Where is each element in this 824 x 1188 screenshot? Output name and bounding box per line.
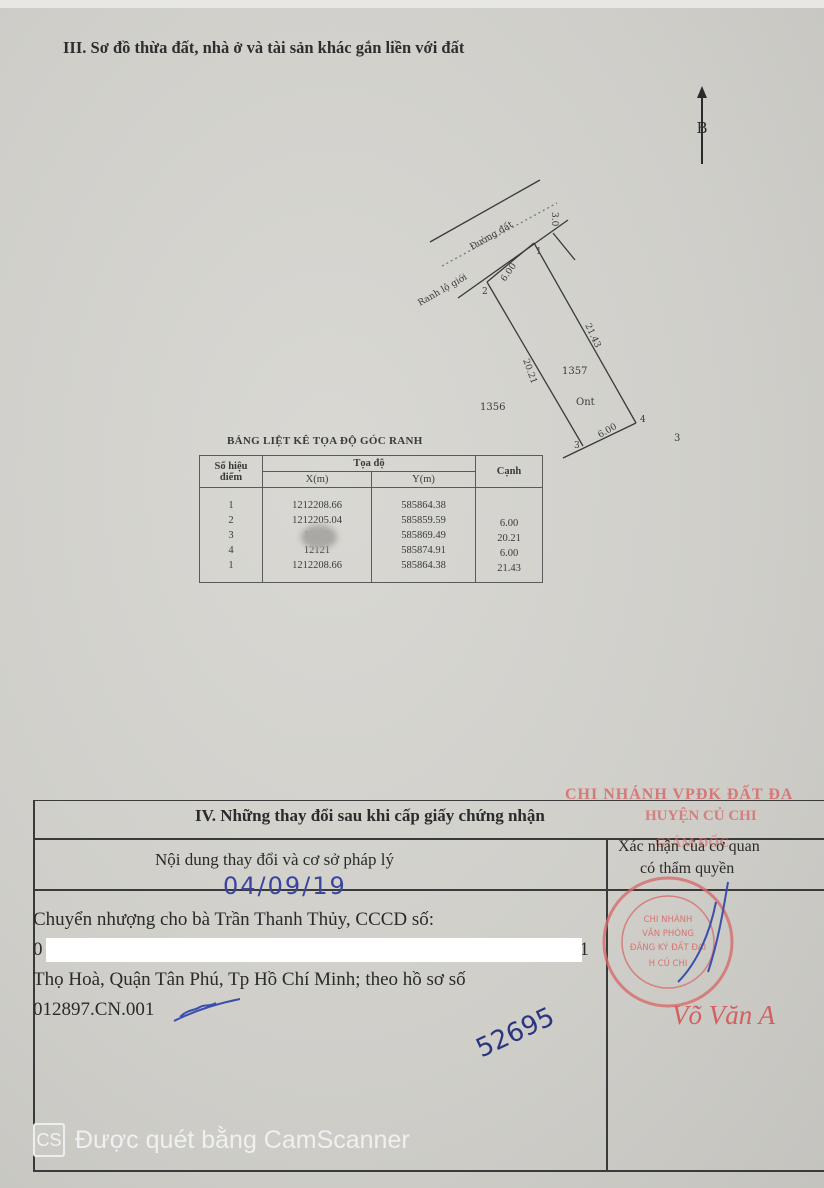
svg-text:H CỦ CHI: H CỦ CHI	[649, 957, 688, 969]
section-4-title: IV. Những thay đổi sau khi cấp giấy chứn…	[195, 806, 545, 826]
svg-text:1357: 1357	[562, 366, 587, 377]
section-3-title: III. Sơ đồ thừa đất, nhà ở và tài sản kh…	[63, 38, 464, 58]
header-y: Y(m)	[372, 472, 476, 488]
handwritten-date: 04/09/19	[223, 872, 347, 900]
svg-text:Đường đất: Đường đất	[468, 219, 515, 253]
coordinate-table: Số hiệu điểm Tọa độ Cạnh X(m) Y(m) 1 2 3…	[199, 455, 543, 583]
stamp-header-line1: CHI NHÁNH VPĐK ĐẤT ĐA	[565, 786, 793, 804]
svg-text:CHI NHÁNH: CHI NHÁNH	[644, 913, 693, 925]
point-id-column: 1 2 3 4 1	[200, 488, 263, 583]
redaction-blur	[301, 525, 337, 549]
svg-text:3: 3	[574, 441, 580, 451]
initials-signature-icon	[170, 995, 250, 1025]
edge-column: 6.00 20.21 6.00 21.43	[476, 488, 543, 583]
redaction-box	[46, 938, 582, 962]
header-edge: Cạnh	[476, 456, 543, 488]
svg-text:6.00: 6.00	[597, 422, 620, 441]
content-line-3: Thọ Hoà, Quận Tân Phú, Tp Hồ Chí Minh; t…	[33, 965, 589, 995]
svg-text:4: 4	[640, 415, 646, 425]
north-arrow-icon: B	[690, 86, 714, 166]
page-top-edge	[0, 0, 824, 8]
svg-text:ĐĂNG KÝ ĐẤT ĐAI: ĐĂNG KÝ ĐẤT ĐAI	[630, 941, 706, 953]
coordinate-table-title: BẢNG LIỆT KÊ TỌA ĐỘ GÓC RANH	[227, 435, 423, 447]
watermark-text: Được quét bằng CamScanner	[75, 1126, 410, 1155]
svg-text:1356: 1356	[480, 402, 505, 413]
svg-text:Ont: Ont	[576, 397, 595, 408]
official-seal-icon: CHI NHÁNH VĂN PHÒNG ĐĂNG KÝ ĐẤT ĐAI H CỦ…	[598, 872, 738, 1012]
header-point-id: Số hiệu điểm	[200, 456, 263, 488]
svg-text:21.43: 21.43	[582, 322, 602, 350]
svg-text:6.00: 6.00	[499, 261, 519, 283]
svg-text:20.21: 20.21	[520, 358, 538, 386]
change-content: Chuyển nhượng cho bà Trần Thanh Thủy, CC…	[33, 905, 589, 1025]
svg-text:3.0: 3.0	[549, 212, 559, 227]
svg-text:2: 2	[482, 287, 488, 297]
svg-text:B: B	[696, 119, 707, 137]
content-line-1: Chuyển nhượng cho bà Trần Thanh Thủy, CC…	[33, 905, 589, 935]
column-header-confirmation: Xác nhận của cơ quan	[618, 838, 760, 856]
svg-text:1: 1	[536, 247, 542, 257]
land-plot-diagram: Đường đất 3.0 Ranh lộ giới 6.00 20.21 21…	[400, 170, 720, 460]
signer-name: Võ Văn A	[672, 1000, 775, 1031]
x-column: 1212208.66 1212205.04 12121 12121 121220…	[263, 488, 372, 583]
header-x: X(m)	[263, 472, 372, 488]
svg-text:3: 3	[674, 433, 680, 444]
svg-text:Ranh lộ giới: Ranh lộ giới	[416, 272, 469, 309]
camscanner-logo-icon: CS	[33, 1123, 65, 1157]
stamp-header-line2: HUYỆN CỦ CHI	[645, 808, 757, 825]
column-header-content: Nội dung thay đổi và cơ sở pháp lý	[155, 850, 394, 870]
divider	[33, 1170, 824, 1172]
y-column: 585864.38 585859.59 585869.49 585874.91 …	[372, 488, 476, 583]
svg-text:VĂN PHÒNG: VĂN PHÒNG	[642, 927, 694, 939]
camscanner-watermark: CS Được quét bằng CamScanner	[33, 1123, 410, 1157]
header-coords: Tọa độ	[263, 456, 476, 472]
